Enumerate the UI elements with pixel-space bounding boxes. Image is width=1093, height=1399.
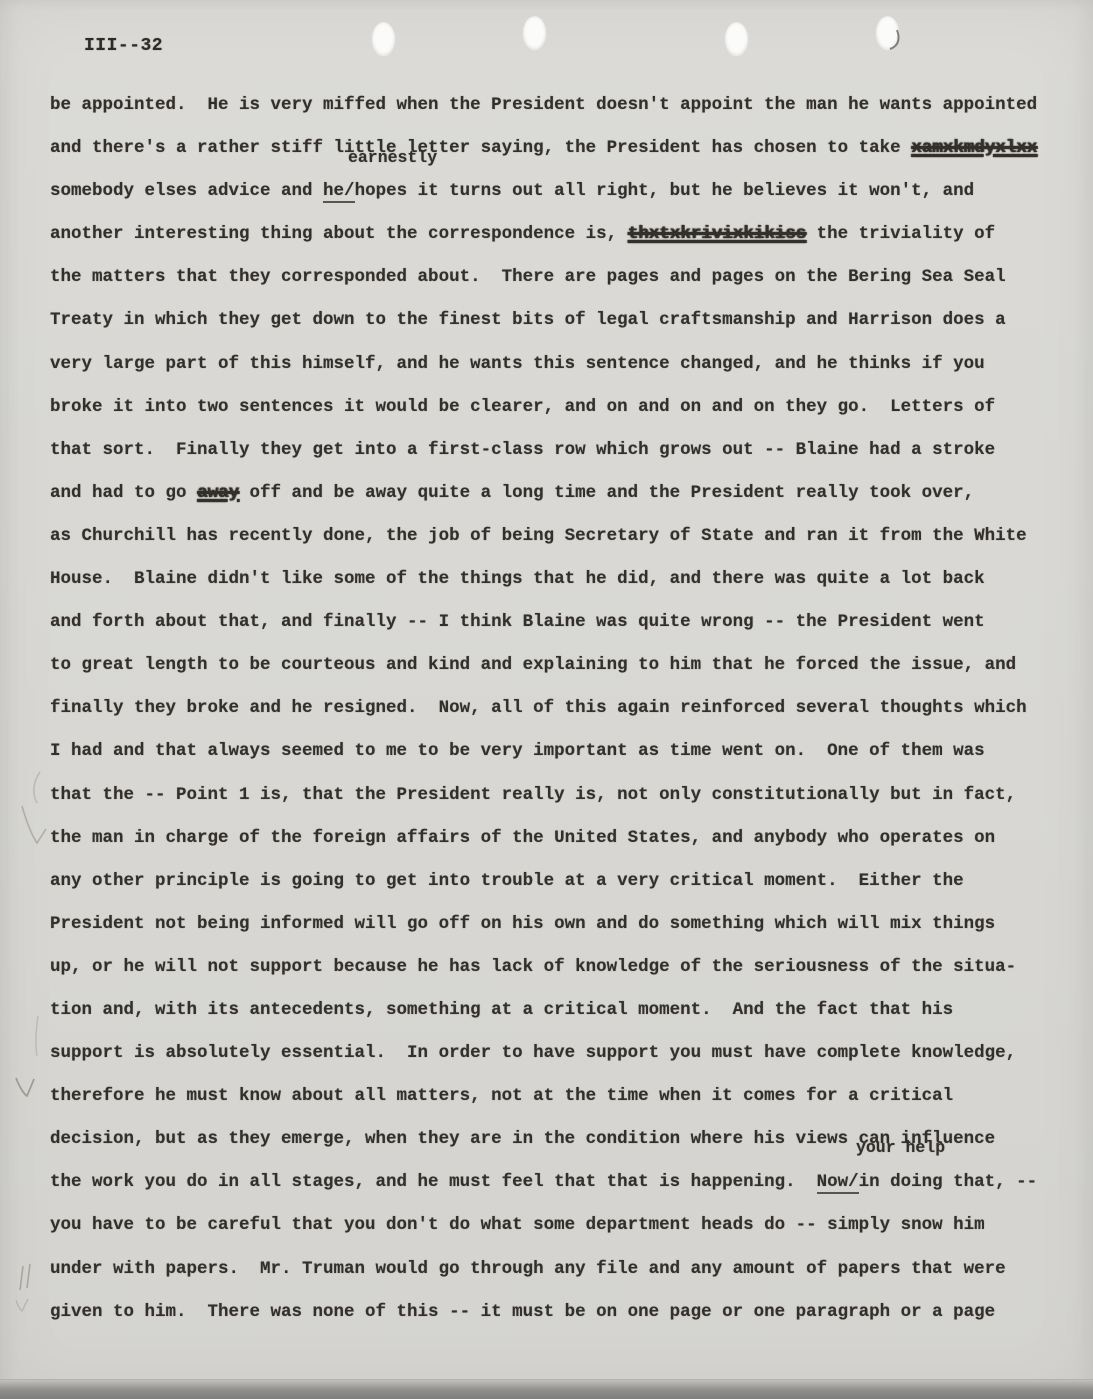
line-text: Treaty in which they get down to the fin… (50, 310, 1006, 330)
punch-hole (372, 22, 395, 55)
line-text: I had and that always seemed to me to be… (50, 741, 985, 761)
line-text: tion and, with its antecedents, somethin… (50, 1000, 953, 1020)
text-line: the work you do in all stages, and he mu… (50, 1161, 1080, 1204)
line-text: President not being informed will go off… (50, 914, 995, 934)
line-text: up, or he will not support because he ha… (50, 957, 1016, 977)
strikethrough-text: away (197, 483, 239, 503)
punch-hole (876, 16, 899, 49)
pencil-paren-mark (34, 772, 40, 803)
line-text: under with papers. Mr. Truman would go t… (50, 1259, 1006, 1279)
pencil-vertical-stroke (36, 1016, 38, 1056)
line-text: in doing that, -- (859, 1172, 1038, 1192)
text-line: be appointed. He is very miffed when the… (50, 84, 1080, 127)
text-line: somebody elses advice and he/hopes it tu… (50, 170, 1080, 213)
text-line: under with papers. Mr. Truman would go t… (50, 1248, 1080, 1291)
text-line: the matters that they corresponded about… (50, 256, 1080, 299)
text-line: House. Blaine didn't like some of the th… (50, 558, 1080, 601)
text-line: up, or he will not support because he ha… (50, 946, 1080, 989)
line-text: as Churchill has recently done, the job … (50, 526, 1027, 546)
line-text: the work you do in all stages, and he mu… (50, 1172, 817, 1192)
line-text: hopes it turns out all right, but he bel… (355, 181, 975, 201)
text-line: broke it into two sentences it would be … (50, 386, 1080, 429)
line-text: and forth about that, and finally -- I t… (50, 612, 985, 632)
line-text: support is absolutely essential. In orde… (50, 1043, 1016, 1063)
page-number: III--32 (84, 36, 163, 56)
line-text: that the -- Point 1 is, that the Preside… (50, 785, 1016, 805)
pencil-double-tick-mark (20, 1264, 30, 1290)
text-line: President not being informed will go off… (50, 903, 1080, 946)
text-line: that sort. Finally they get into a first… (50, 429, 1080, 472)
line-text: any other principle is going to get into… (50, 871, 964, 891)
inserted-word-earnestly: earnestly (348, 148, 437, 167)
line-text: finally they broke and he resigned. Now,… (50, 698, 1027, 718)
text-line: and forth about that, and finally -- I t… (50, 601, 1080, 644)
line-text: very large part of this himself, and he … (50, 354, 985, 374)
line-text: given to him. There was none of this -- … (50, 1302, 995, 1322)
line-text: somebody elses advice and (50, 181, 323, 201)
line-text: House. Blaine didn't like some of the th… (50, 569, 985, 589)
line-text: be appointed. He is very miffed when the… (50, 95, 1037, 115)
line-text: and had to go (50, 483, 197, 503)
text-line: given to him. There was none of this -- … (50, 1291, 1080, 1334)
scan-bottom-edge (0, 1379, 1093, 1399)
strikethrough-text: xamxkmdyxlxx (911, 138, 1037, 158)
text-line: and there's a rather stiff little letter… (50, 127, 1080, 170)
insertion-caret-text: Now/ (817, 1172, 859, 1194)
punch-hole (725, 22, 748, 55)
line-text: off and be away quite a long time and th… (239, 483, 974, 503)
line-text: the matters that they corresponded about… (50, 267, 1006, 287)
punch-hole (523, 16, 546, 49)
line-text: to great length to be courteous and kind… (50, 655, 1016, 675)
text-line: any other principle is going to get into… (50, 860, 1080, 903)
text-line: therefore he must know about all matters… (50, 1075, 1080, 1118)
pencil-small-check-mark (16, 1299, 28, 1311)
text-line: you have to be careful that you don't do… (50, 1204, 1080, 1247)
line-text: the man in charge of the foreign affairs… (50, 828, 995, 848)
text-line: tion and, with its antecedents, somethin… (50, 989, 1080, 1032)
text-line: I had and that always seemed to me to be… (50, 730, 1080, 773)
text-line: another interesting thing about the corr… (50, 213, 1080, 256)
text-line: to great length to be courteous and kind… (50, 644, 1080, 687)
text-line: very large part of this himself, and he … (50, 343, 1080, 386)
scanned-typescript-page: III--32 be appointed. He is very miffed … (0, 0, 1093, 1399)
inserted-word-your-help: your help (856, 1138, 945, 1157)
text-line: finally they broke and he resigned. Now,… (50, 687, 1080, 730)
text-line: and had to go away off and be away quite… (50, 472, 1080, 515)
line-text: another interesting thing about the corr… (50, 224, 628, 244)
line-text: broke it into two sentences it would be … (50, 397, 995, 417)
line-text: that sort. Finally they get into a first… (50, 440, 995, 460)
text-line: Treaty in which they get down to the fin… (50, 299, 1080, 342)
line-text: you have to be careful that you don't do… (50, 1215, 985, 1235)
text-line: the man in charge of the foreign affairs… (50, 817, 1080, 860)
line-text: the triviality of (806, 224, 995, 244)
strikethrough-text: thxtxkrivixkikiss (628, 224, 807, 244)
line-text: and there's a rather stiff little letter… (50, 138, 911, 158)
text-line: as Churchill has recently done, the job … (50, 515, 1080, 558)
line-text: decision, but as they emerge, when they … (50, 1129, 995, 1149)
insertion-caret-text: he/ (323, 181, 355, 203)
pencil-v-check-mark (16, 1078, 34, 1096)
text-line: support is absolutely essential. In orde… (50, 1032, 1080, 1075)
line-text: therefore he must know about all matters… (50, 1086, 953, 1106)
text-line: that the -- Point 1 is, that the Preside… (50, 774, 1080, 817)
pencil-check-mark (22, 806, 46, 843)
